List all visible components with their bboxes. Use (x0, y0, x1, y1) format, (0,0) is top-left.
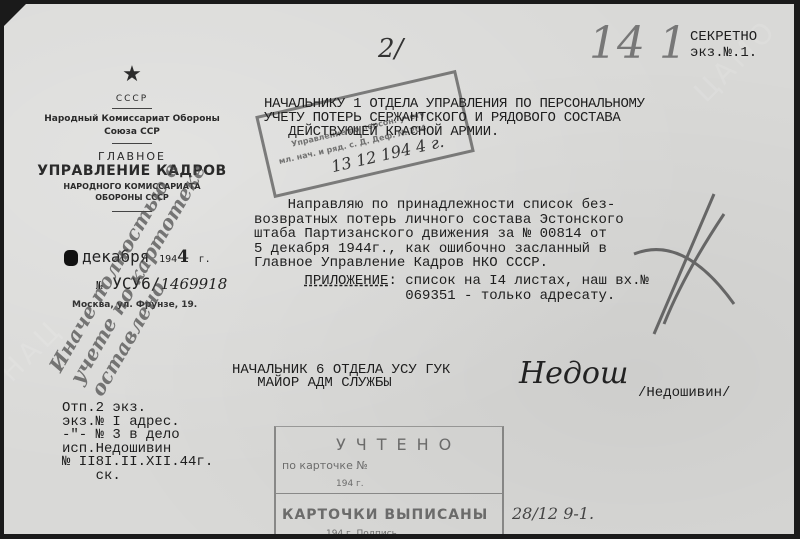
handwritten-page-number: 14 1 (589, 18, 687, 69)
document-page: НАЦ ЦАМО ★ СССР Народный Комиссариат Обо… (4, 4, 794, 534)
registration-stamp: УЧТЕНО по карточке № 194 г. КАРТОЧКИ ВЫП… (274, 426, 504, 534)
pencil-scribble-icon (594, 184, 764, 344)
attachment-note: ПРИЛОЖЕНИЕ: список на I4 листах, наш вх.… (254, 274, 649, 304)
divider (112, 143, 152, 144)
classification-mark: СЕКРЕТНОэкз.№.1. (690, 29, 757, 61)
handwritten-signature: Недош (519, 356, 628, 391)
handwritten-number: 2/ (378, 34, 403, 64)
commissariat-name: Народный Комиссариат Обороны Союза ССР (32, 113, 232, 139)
handwritten-date: 28/12 9-1. (512, 504, 594, 523)
country-label: СССР (32, 94, 232, 104)
signature-block: НАЧАЛЬНИК 6 ОТДЕЛА УСУ ГУК МАЙОР АДМ СЛУ… (232, 364, 450, 390)
dispatch-notes: Отп.2 экз.экз.№ I адрес.-"- № 3 в делоис… (62, 402, 213, 483)
addressee: НАЧАЛЬНИКУ 1 ОТДЕЛА УПРАВЛЕНИЯ ПО ПЕРСОН… (264, 97, 645, 139)
letter-body: Направляю по принадлежности список без-в… (254, 198, 624, 271)
ink-blot (64, 250, 78, 266)
star-icon: ★ (32, 64, 232, 86)
divider (112, 108, 152, 109)
signatory-name: /Недошивин/ (638, 385, 730, 401)
